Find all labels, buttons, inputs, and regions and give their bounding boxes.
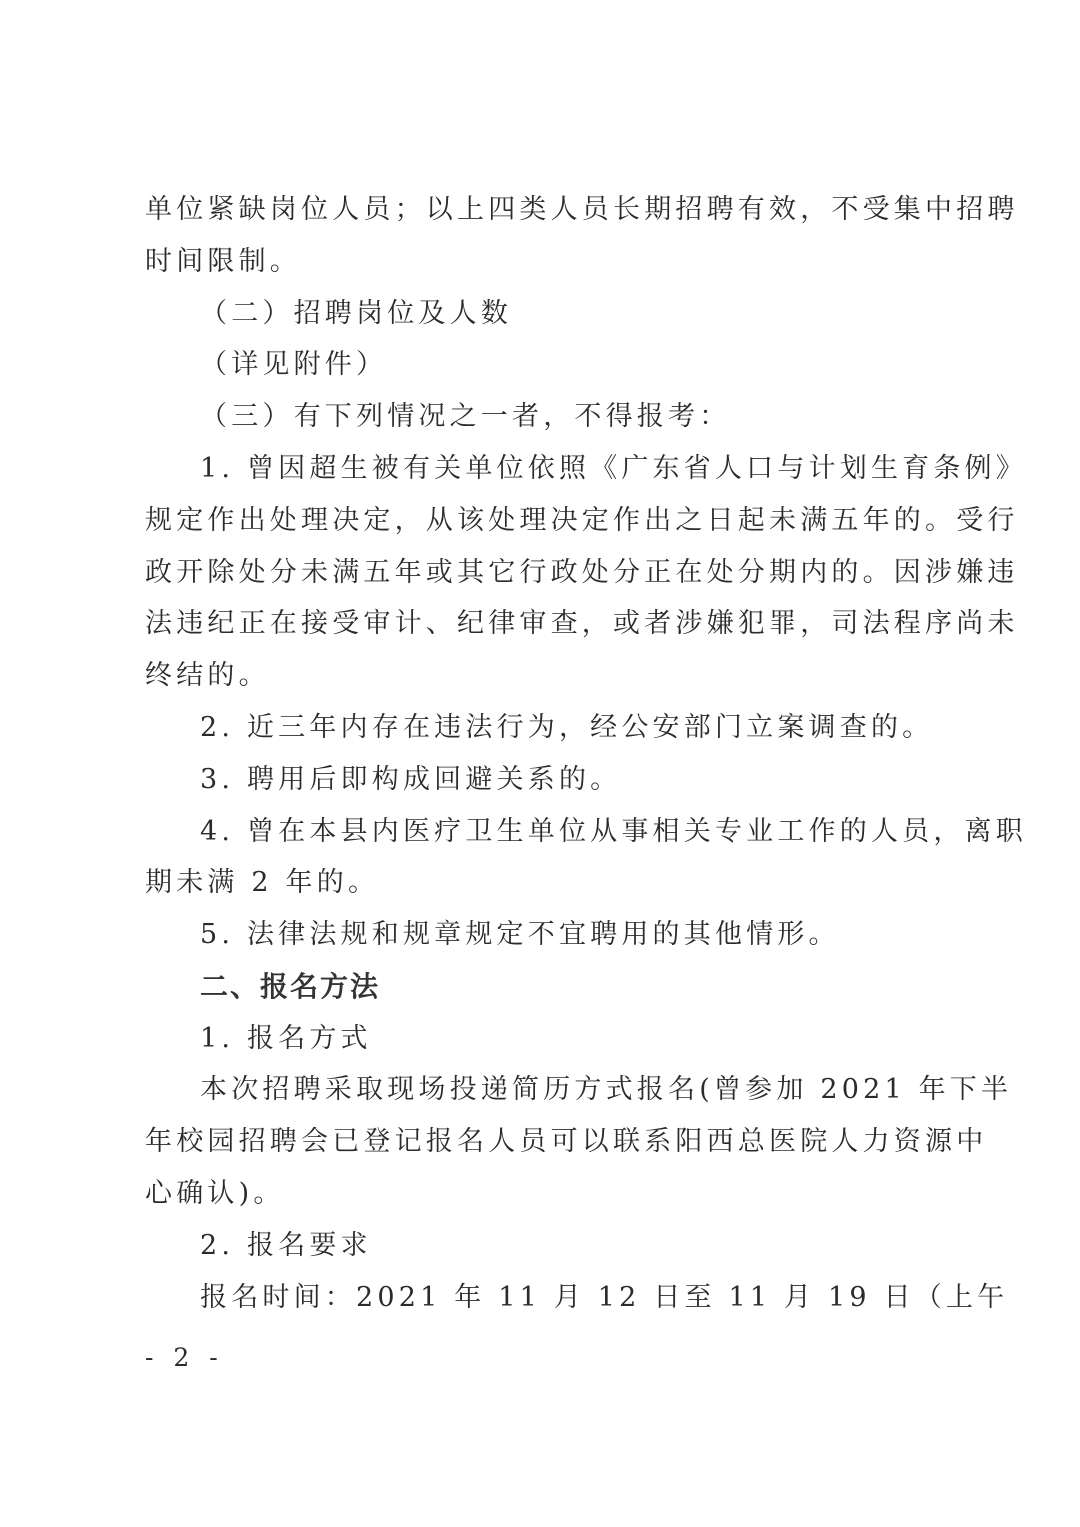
body-text-line: 本次招聘采取现场投递简历方式报名(曾参加 2021 年下半 bbox=[200, 1073, 945, 1107]
body-text-line: 终结的。 bbox=[145, 659, 945, 693]
body-text-line: 规定作出处理决定，从该处理决定作出之日起未满五年的。受行 bbox=[145, 504, 945, 538]
document-page: 单位紧缺岗位人员；以上四类人员长期招聘有效，不受集中招聘 时间限制。 （二）招聘… bbox=[0, 0, 1080, 1527]
list-item: 3. 聘用后即构成回避关系的。 bbox=[200, 763, 945, 797]
body-text-line: 心确认)。 bbox=[145, 1177, 945, 1211]
list-item: 4. 曾在本县内医疗卫生单位从事相关专业工作的人员，离职 bbox=[200, 815, 945, 849]
body-text-line: （详见附件） bbox=[200, 348, 945, 382]
body-text-line: 报名时间：2021 年 11 月 12 日至 11 月 19 日（上午 bbox=[200, 1281, 945, 1315]
subsection-title: （二）招聘岗位及人数 bbox=[200, 297, 945, 331]
body-text-line: 年校园招聘会已登记报名人员可以联系阳西总医院人力资源中 bbox=[145, 1125, 945, 1159]
list-item: 1. 报名方式 bbox=[200, 1022, 945, 1056]
list-item: 2. 近三年内存在违法行为，经公安部门立案调查的。 bbox=[200, 711, 945, 745]
body-text-line: 期未满 2 年的。 bbox=[145, 866, 945, 900]
list-item: 2. 报名要求 bbox=[200, 1229, 945, 1263]
list-item: 5. 法律法规和规章规定不宜聘用的其他情形。 bbox=[200, 918, 945, 952]
section-heading: 二、报名方法 bbox=[200, 970, 945, 1004]
page-number: - 2 - bbox=[145, 1343, 224, 1373]
subsection-title: （三）有下列情况之一者，不得报考： bbox=[200, 400, 945, 434]
body-text-line: 时间限制。 bbox=[145, 245, 945, 279]
list-item: 1. 曾因超生被有关单位依照《广东省人口与计划生育条例》 bbox=[200, 452, 945, 486]
body-text-line: 政开除处分未满五年或其它行政处分正在处分期内的。因涉嫌违 bbox=[145, 556, 945, 590]
body-text-line: 单位紧缺岗位人员；以上四类人员长期招聘有效，不受集中招聘 bbox=[145, 193, 945, 227]
body-text-line: 法违纪正在接受审计、纪律审查，或者涉嫌犯罪，司法程序尚未 bbox=[145, 607, 945, 641]
